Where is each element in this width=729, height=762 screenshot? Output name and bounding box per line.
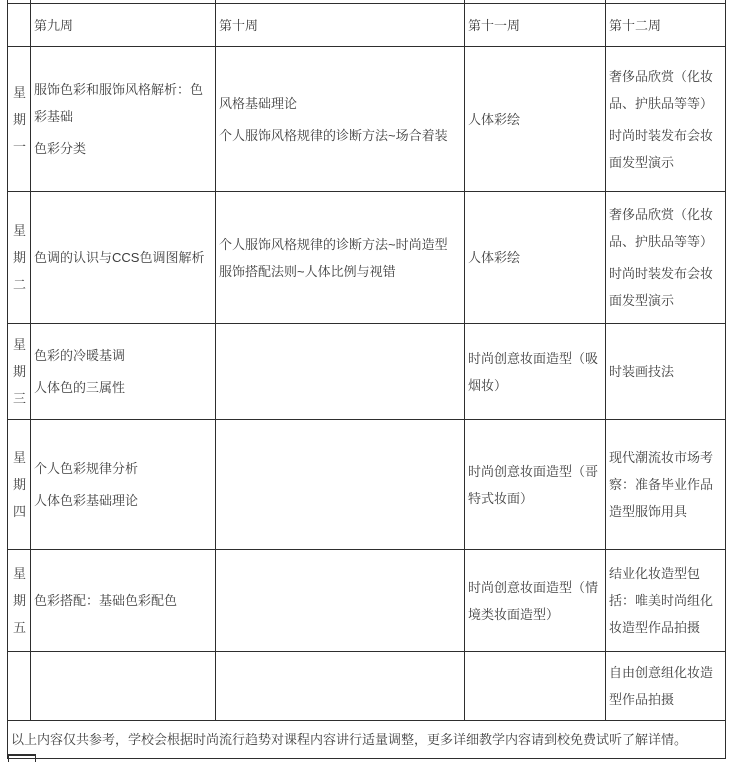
schedule-cell-text: 时装画技法 bbox=[609, 358, 722, 385]
schedule-cell-text: 人体彩绘 bbox=[468, 244, 602, 271]
schedule-cell bbox=[465, 652, 606, 721]
schedule-cell-text: 个人色彩规律分析 bbox=[34, 455, 212, 482]
schedule-cell-text: 时尚时装发布会妆面发型演示 bbox=[609, 122, 722, 176]
day-label: 星期一 bbox=[13, 79, 27, 160]
footer-row: 以上内容仅共参考，学校会根据时尚流行趋势对课程内容讲行适量调整，更多详细教学内容… bbox=[8, 721, 726, 759]
day-cell: 星期三 bbox=[8, 324, 31, 420]
schedule-cell: 服饰色彩和服饰风格解析：色彩基础色彩分类 bbox=[31, 47, 216, 192]
schedule-cell-text: 现代潮流妆市场考察：准备毕业作品造型服饰用具 bbox=[609, 444, 722, 525]
schedule-cell-text: 色彩分类 bbox=[34, 135, 212, 162]
day-label: 星期五 bbox=[13, 560, 27, 641]
day-label: 星期四 bbox=[13, 444, 27, 525]
schedule-cell: 时装画技法 bbox=[606, 324, 726, 420]
day-label: 星期三 bbox=[13, 331, 27, 412]
schedule-cell-text: 自由创意组化妆造型作品拍摄 bbox=[609, 659, 722, 713]
schedule-cell-text: 人体彩绘 bbox=[468, 106, 602, 133]
schedule-cell: 风格基础理论个人服饰风格规律的诊断方法~场合着装 bbox=[216, 47, 465, 192]
table-row: 星期一服饰色彩和服饰风格解析：色彩基础色彩分类风格基础理论个人服饰风格规律的诊断… bbox=[8, 47, 726, 192]
cropped-border-stub bbox=[7, 0, 8, 4]
schedule-cell: 时尚创意妆面造型（吸烟妆） bbox=[465, 324, 606, 420]
table-row: 星期二色调的认识与CCS色调图解析个人服饰风格规律的诊断方法~时尚造型服饰搭配法… bbox=[8, 192, 726, 324]
table-row: 自由创意组化妆造型作品拍摄 bbox=[8, 652, 726, 721]
schedule-cell: 时尚创意妆面造型（情境类妆面造型） bbox=[465, 550, 606, 652]
page: 第九周 第十周 第十一周 第十二周 星期一服饰色彩和服饰风格解析：色彩基础色彩分… bbox=[0, 0, 729, 762]
schedule-cell-text: 人体色彩基础理论 bbox=[34, 487, 212, 514]
header-cell-week10: 第十周 bbox=[216, 4, 465, 47]
corner-cell bbox=[8, 4, 31, 47]
header-row: 第九周 第十周 第十一周 第十二周 bbox=[8, 4, 726, 47]
schedule-cell-text: 人体色的三属性 bbox=[34, 374, 212, 401]
table-row: 星期三色彩的冷暖基调人体色的三属性时尚创意妆面造型（吸烟妆）时装画技法 bbox=[8, 324, 726, 420]
cropped-border-stub bbox=[725, 0, 726, 4]
schedule-cell-text: 时尚创意妆面造型（吸烟妆） bbox=[468, 345, 602, 399]
schedule-cell: 人体彩绘 bbox=[465, 192, 606, 324]
schedule-cell-text: 时尚创意妆面造型（情境类妆面造型） bbox=[468, 574, 602, 628]
schedule-cell-text: 服饰色彩和服饰风格解析：色彩基础 bbox=[34, 76, 212, 130]
day-cell: 星期一 bbox=[8, 47, 31, 192]
schedule-cell-text: 奢侈品欣赏（化妆品、护肤品等等） bbox=[609, 201, 722, 255]
schedule-cell bbox=[216, 324, 465, 420]
schedule-cell: 奢侈品欣赏（化妆品、护肤品等等）时尚时装发布会妆面发型演示 bbox=[606, 47, 726, 192]
schedule-cell bbox=[216, 420, 465, 550]
schedule-cell: 色调的认识与CCS色调图解析 bbox=[31, 192, 216, 324]
schedule-cell: 色彩的冷暖基调人体色的三属性 bbox=[31, 324, 216, 420]
table-row: 星期四个人色彩规律分析人体色彩基础理论时尚创意妆面造型（哥特式妆面）现代潮流妆市… bbox=[8, 420, 726, 550]
day-cell: 星期二 bbox=[8, 192, 31, 324]
schedule-cell: 结业化妆造型包括：唯美时尚组化妆造型作品拍摄 bbox=[606, 550, 726, 652]
cropped-border-stub bbox=[30, 0, 31, 4]
schedule-cell bbox=[31, 652, 216, 721]
day-cell bbox=[8, 652, 31, 721]
schedule-cell: 个人服饰风格规律的诊断方法~时尚造型服饰搭配法则~人体比例与视错 bbox=[216, 192, 465, 324]
schedule-cell: 现代潮流妆市场考察：准备毕业作品造型服饰用具 bbox=[606, 420, 726, 550]
schedule-cell-text: 个人服饰风格规律的诊断方法~时尚造型 bbox=[219, 231, 461, 258]
day-label: 星期二 bbox=[13, 217, 27, 298]
header-cell-week11: 第十一周 bbox=[465, 4, 606, 47]
schedule-cell-text: 色调的认识与CCS色调图解析 bbox=[34, 244, 212, 271]
schedule-cell-text: 时尚创意妆面造型（哥特式妆面） bbox=[468, 458, 602, 512]
schedule-cell: 人体彩绘 bbox=[465, 47, 606, 192]
schedule-cell-text: 结业化妆造型包括：唯美时尚组化妆造型作品拍摄 bbox=[609, 560, 722, 641]
day-cell: 星期四 bbox=[8, 420, 31, 550]
schedule-cell bbox=[216, 652, 465, 721]
schedule-cell-text: 个人服饰风格规律的诊断方法~场合着装 bbox=[219, 122, 461, 149]
schedule-cell: 奢侈品欣赏（化妆品、护肤品等等）时尚时装发布会妆面发型演示 bbox=[606, 192, 726, 324]
header-cell-week12: 第十二周 bbox=[606, 4, 726, 47]
header-cell-week9: 第九周 bbox=[31, 4, 216, 47]
schedule-cell-text: 奢侈品欣赏（化妆品、护肤品等等） bbox=[609, 63, 722, 117]
cropped-border-stub bbox=[215, 0, 216, 4]
schedule-cell-text: 时尚时装发布会妆面发型演示 bbox=[609, 260, 722, 314]
schedule-cell: 自由创意组化妆造型作品拍摄 bbox=[606, 652, 726, 721]
schedule-cell-text: 色彩搭配：基础色彩配色 bbox=[34, 587, 212, 614]
cropped-border-stub bbox=[605, 0, 606, 4]
schedule-cell: 时尚创意妆面造型（哥特式妆面） bbox=[465, 420, 606, 550]
day-cell: 星期五 bbox=[8, 550, 31, 652]
schedule-cell-text: 服饰搭配法则~人体比例与视错 bbox=[219, 258, 461, 285]
schedule-cell-text: 色彩的冷暖基调 bbox=[34, 342, 212, 369]
schedule-cell bbox=[216, 550, 465, 652]
schedule-cell-text: 风格基础理论 bbox=[219, 90, 461, 117]
schedule-table: 第九周 第十周 第十一周 第十二周 星期一服饰色彩和服饰风格解析：色彩基础色彩分… bbox=[7, 3, 726, 759]
schedule-cell: 个人色彩规律分析人体色彩基础理论 bbox=[31, 420, 216, 550]
schedule-cell: 色彩搭配：基础色彩配色 bbox=[31, 550, 216, 652]
table-row: 星期五色彩搭配：基础色彩配色时尚创意妆面造型（情境类妆面造型）结业化妆造型包括：… bbox=[8, 550, 726, 652]
cropped-border-stub bbox=[464, 0, 465, 4]
cropped-row-artifact-bottom bbox=[8, 754, 36, 762]
footer-note: 以上内容仅共参考，学校会根据时尚流行趋势对课程内容讲行适量调整，更多详细教学内容… bbox=[8, 721, 726, 759]
